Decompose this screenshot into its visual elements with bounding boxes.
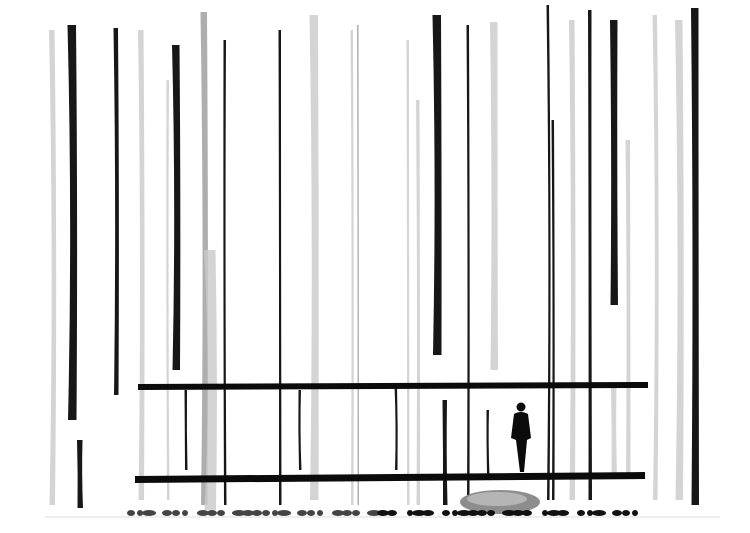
- ink-artwork: [0, 0, 750, 533]
